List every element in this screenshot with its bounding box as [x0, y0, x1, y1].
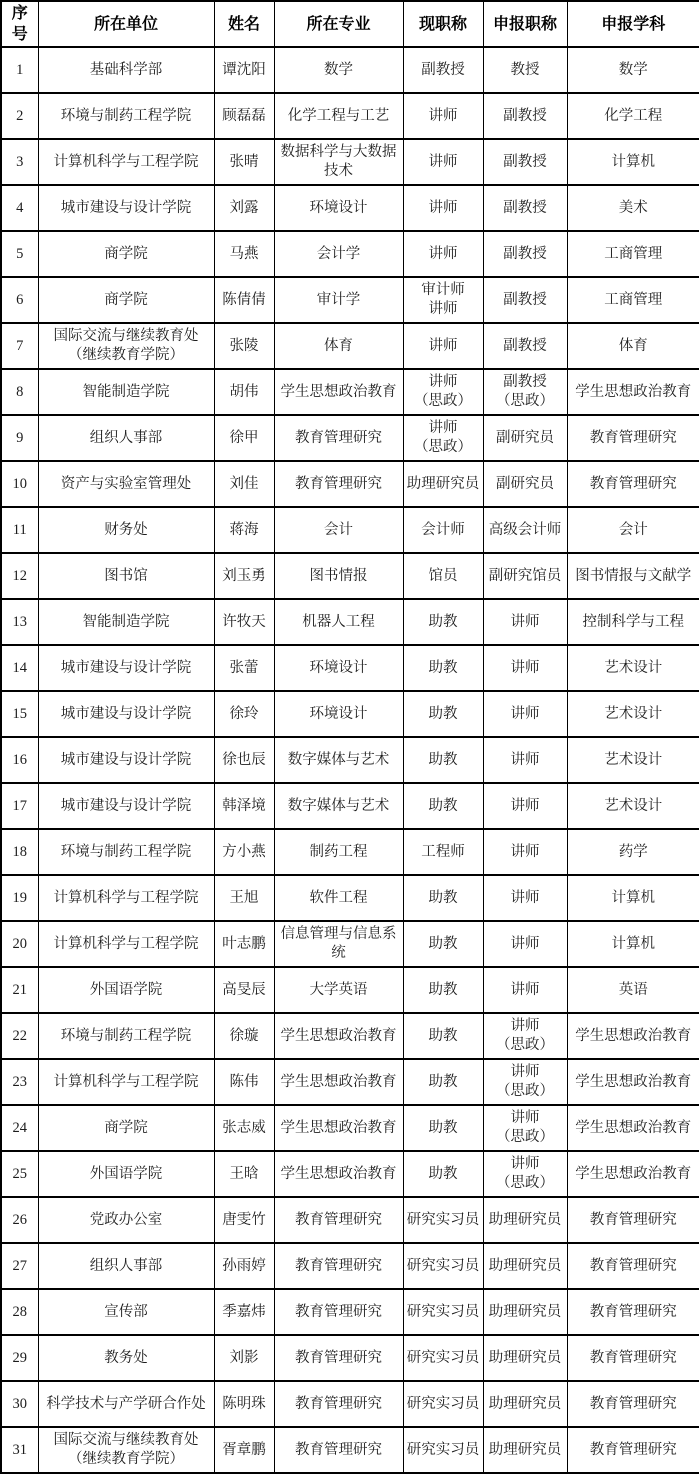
cell-unit: 商学院	[38, 1105, 214, 1151]
cell-applied_title: 讲师	[483, 783, 567, 829]
cell-unit: 科学技术与产学研合作处	[38, 1381, 214, 1427]
table-row: 13智能制造学院许牧天机器人工程助教讲师控制科学与工程	[1, 599, 699, 645]
cell-applied_title: 助理研究员	[483, 1427, 567, 1473]
cell-current_title: 讲师	[403, 323, 483, 369]
cell-applied_title: 副研究员	[483, 415, 567, 461]
cell-no: 26	[1, 1197, 38, 1243]
cell-discipline: 化学工程	[567, 93, 699, 139]
cell-discipline: 计算机	[567, 875, 699, 921]
table-body: 1基础科学部谭沈阳数学副教授教授数学2环境与制药工程学院顾磊磊化学工程与工艺讲师…	[1, 47, 699, 1473]
cell-unit: 城市建设与设计学院	[38, 783, 214, 829]
cell-current_title: 研究实习员	[403, 1381, 483, 1427]
cell-unit: 商学院	[38, 231, 214, 277]
title-application-table: 序号 所在单位 姓名 所在专业 现职称 申报职称 申报学科 1基础科学部谭沈阳数…	[0, 0, 699, 1474]
cell-major: 学生思想政治教育	[274, 1059, 403, 1105]
cell-applied_title: 讲师	[483, 829, 567, 875]
cell-current_title: 馆员	[403, 553, 483, 599]
cell-applied_title: 副研究员	[483, 461, 567, 507]
cell-discipline: 学生思想政治教育	[567, 1013, 699, 1059]
table-row: 4城市建设与设计学院刘露环境设计讲师副教授美术	[1, 185, 699, 231]
cell-unit: 国际交流与继续教育处 （继续教育学院）	[38, 323, 214, 369]
cell-applied_title: 助理研究员	[483, 1381, 567, 1427]
table-row: 9组织人事部徐甲教育管理研究讲师 （思政）副研究员教育管理研究	[1, 415, 699, 461]
cell-no: 31	[1, 1427, 38, 1473]
cell-applied_title: 副教授 （思政）	[483, 369, 567, 415]
cell-unit: 基础科学部	[38, 47, 214, 93]
cell-applied_title: 高级会计师	[483, 507, 567, 553]
cell-applied_title: 讲师	[483, 691, 567, 737]
cell-no: 18	[1, 829, 38, 875]
cell-unit: 计算机科学与工程学院	[38, 875, 214, 921]
cell-applied_title: 副教授	[483, 139, 567, 185]
cell-unit: 商学院	[38, 277, 214, 323]
cell-no: 24	[1, 1105, 38, 1151]
cell-discipline: 艺术设计	[567, 783, 699, 829]
cell-discipline: 美术	[567, 185, 699, 231]
header-no: 序号	[1, 1, 38, 47]
cell-no: 21	[1, 967, 38, 1013]
cell-name: 刘佳	[214, 461, 274, 507]
table-row: 6商学院陈倩倩审计学审计师 讲师副教授工商管理	[1, 277, 699, 323]
cell-name: 马燕	[214, 231, 274, 277]
cell-discipline: 数学	[567, 47, 699, 93]
cell-applied_title: 副教授	[483, 185, 567, 231]
cell-applied_title: 副教授	[483, 277, 567, 323]
table-row: 20计算机科学与工程学院叶志鹏信息管理与信息系统助教讲师计算机	[1, 921, 699, 967]
cell-name: 徐璇	[214, 1013, 274, 1059]
cell-major: 机器人工程	[274, 599, 403, 645]
table-row: 5商学院马燕会计学讲师副教授工商管理	[1, 231, 699, 277]
cell-current_title: 助教	[403, 1059, 483, 1105]
cell-applied_title: 讲师 （思政）	[483, 1013, 567, 1059]
cell-discipline: 艺术设计	[567, 691, 699, 737]
cell-current_title: 助教	[403, 1013, 483, 1059]
cell-discipline: 学生思想政治教育	[567, 1059, 699, 1105]
cell-no: 29	[1, 1335, 38, 1381]
table-row: 24商学院张志威学生思想政治教育助教讲师 （思政）学生思想政治教育	[1, 1105, 699, 1151]
cell-major: 会计	[274, 507, 403, 553]
cell-applied_title: 教授	[483, 47, 567, 93]
cell-major: 审计学	[274, 277, 403, 323]
cell-name: 谭沈阳	[214, 47, 274, 93]
cell-current_title: 助教	[403, 645, 483, 691]
table-row: 12图书馆刘玉勇图书情报馆员副研究馆员图书情报与文献学	[1, 553, 699, 599]
cell-current_title: 讲师	[403, 185, 483, 231]
cell-discipline: 控制科学与工程	[567, 599, 699, 645]
cell-no: 5	[1, 231, 38, 277]
cell-applied_title: 讲师	[483, 645, 567, 691]
cell-major: 教育管理研究	[274, 1381, 403, 1427]
cell-applied_title: 讲师 （思政）	[483, 1105, 567, 1151]
cell-current_title: 研究实习员	[403, 1289, 483, 1335]
table-row: 14城市建设与设计学院张蕾环境设计助教讲师艺术设计	[1, 645, 699, 691]
table-header-row: 序号 所在单位 姓名 所在专业 现职称 申报职称 申报学科	[1, 1, 699, 47]
cell-discipline: 教育管理研究	[567, 415, 699, 461]
cell-name: 徐甲	[214, 415, 274, 461]
cell-major: 学生思想政治教育	[274, 369, 403, 415]
table-row: 22环境与制药工程学院徐璇学生思想政治教育助教讲师 （思政）学生思想政治教育	[1, 1013, 699, 1059]
cell-current_title: 会计师	[403, 507, 483, 553]
cell-no: 25	[1, 1151, 38, 1197]
cell-no: 4	[1, 185, 38, 231]
cell-unit: 外国语学院	[38, 967, 214, 1013]
cell-current_title: 助教	[403, 691, 483, 737]
cell-current_title: 副教授	[403, 47, 483, 93]
table-row: 27组织人事部孙雨婷教育管理研究研究实习员助理研究员教育管理研究	[1, 1243, 699, 1289]
cell-current_title: 助教	[403, 875, 483, 921]
cell-discipline: 药学	[567, 829, 699, 875]
cell-current_title: 讲师 （思政）	[403, 369, 483, 415]
cell-no: 17	[1, 783, 38, 829]
cell-unit: 计算机科学与工程学院	[38, 921, 214, 967]
cell-major: 数字媒体与艺术	[274, 783, 403, 829]
cell-applied_title: 副教授	[483, 93, 567, 139]
cell-applied_title: 讲师	[483, 875, 567, 921]
table-row: 2环境与制药工程学院顾磊磊化学工程与工艺讲师副教授化学工程	[1, 93, 699, 139]
cell-unit: 智能制造学院	[38, 369, 214, 415]
table-row: 8智能制造学院胡伟学生思想政治教育讲师 （思政）副教授 （思政）学生思想政治教育	[1, 369, 699, 415]
cell-applied_title: 助理研究员	[483, 1335, 567, 1381]
cell-discipline: 会计	[567, 507, 699, 553]
cell-current_title: 工程师	[403, 829, 483, 875]
cell-no: 30	[1, 1381, 38, 1427]
cell-current_title: 研究实习员	[403, 1197, 483, 1243]
cell-major: 数据科学与大数据技术	[274, 139, 403, 185]
cell-no: 1	[1, 47, 38, 93]
header-discipline: 申报学科	[567, 1, 699, 47]
cell-no: 10	[1, 461, 38, 507]
cell-major: 学生思想政治教育	[274, 1151, 403, 1197]
cell-major: 体育	[274, 323, 403, 369]
cell-current_title: 审计师 讲师	[403, 277, 483, 323]
cell-name: 叶志鹏	[214, 921, 274, 967]
cell-no: 8	[1, 369, 38, 415]
cell-no: 9	[1, 415, 38, 461]
cell-discipline: 教育管理研究	[567, 1381, 699, 1427]
cell-unit: 城市建设与设计学院	[38, 645, 214, 691]
cell-applied_title: 副教授	[483, 323, 567, 369]
header-unit: 所在单位	[38, 1, 214, 47]
table-row: 16城市建设与设计学院徐也辰数字媒体与艺术助教讲师艺术设计	[1, 737, 699, 783]
cell-no: 22	[1, 1013, 38, 1059]
cell-discipline: 工商管理	[567, 231, 699, 277]
cell-name: 张志威	[214, 1105, 274, 1151]
cell-major: 教育管理研究	[274, 461, 403, 507]
cell-major: 学生思想政治教育	[274, 1013, 403, 1059]
cell-current_title: 研究实习员	[403, 1427, 483, 1473]
cell-current_title: 助教	[403, 783, 483, 829]
cell-no: 28	[1, 1289, 38, 1335]
header-current-title: 现职称	[403, 1, 483, 47]
cell-name: 许牧天	[214, 599, 274, 645]
cell-no: 13	[1, 599, 38, 645]
table-row: 17城市建设与设计学院韩泽境数字媒体与艺术助教讲师艺术设计	[1, 783, 699, 829]
cell-applied_title: 讲师	[483, 737, 567, 783]
cell-major: 环境设计	[274, 645, 403, 691]
header-applied-title: 申报职称	[483, 1, 567, 47]
cell-applied_title: 助理研究员	[483, 1197, 567, 1243]
cell-name: 王旭	[214, 875, 274, 921]
cell-no: 15	[1, 691, 38, 737]
cell-unit: 外国语学院	[38, 1151, 214, 1197]
cell-name: 张陵	[214, 323, 274, 369]
cell-no: 7	[1, 323, 38, 369]
header-major: 所在专业	[274, 1, 403, 47]
cell-current_title: 助理研究员	[403, 461, 483, 507]
cell-name: 胡伟	[214, 369, 274, 415]
cell-discipline: 教育管理研究	[567, 1427, 699, 1473]
cell-name: 刘影	[214, 1335, 274, 1381]
cell-discipline: 教育管理研究	[567, 1289, 699, 1335]
cell-discipline: 艺术设计	[567, 737, 699, 783]
cell-current_title: 研究实习员	[403, 1243, 483, 1289]
cell-current_title: 助教	[403, 1105, 483, 1151]
cell-discipline: 教育管理研究	[567, 1335, 699, 1381]
table-row: 31国际交流与继续教育处 （继续教育学院）胥章鹏教育管理研究研究实习员助理研究员…	[1, 1427, 699, 1473]
cell-name: 张蕾	[214, 645, 274, 691]
table-row: 23计算机科学与工程学院陈伟学生思想政治教育助教讲师 （思政）学生思想政治教育	[1, 1059, 699, 1105]
cell-applied_title: 讲师	[483, 599, 567, 645]
cell-discipline: 工商管理	[567, 277, 699, 323]
cell-current_title: 助教	[403, 1151, 483, 1197]
cell-major: 数学	[274, 47, 403, 93]
table-row: 25外国语学院王晗学生思想政治教育助教讲师 （思政）学生思想政治教育	[1, 1151, 699, 1197]
cell-unit: 国际交流与继续教育处 （继续教育学院）	[38, 1427, 214, 1473]
cell-unit: 城市建设与设计学院	[38, 185, 214, 231]
cell-major: 会计学	[274, 231, 403, 277]
cell-name: 季嘉炜	[214, 1289, 274, 1335]
cell-name: 刘露	[214, 185, 274, 231]
cell-discipline: 教育管理研究	[567, 1197, 699, 1243]
cell-major: 图书情报	[274, 553, 403, 599]
cell-discipline: 计算机	[567, 139, 699, 185]
table-row: 18环境与制药工程学院方小燕制药工程工程师讲师药学	[1, 829, 699, 875]
cell-current_title: 助教	[403, 921, 483, 967]
cell-unit: 党政办公室	[38, 1197, 214, 1243]
cell-major: 大学英语	[274, 967, 403, 1013]
cell-no: 11	[1, 507, 38, 553]
cell-unit: 组织人事部	[38, 415, 214, 461]
cell-applied_title: 讲师	[483, 921, 567, 967]
cell-current_title: 讲师	[403, 93, 483, 139]
table-row: 15城市建设与设计学院徐玲环境设计助教讲师艺术设计	[1, 691, 699, 737]
cell-name: 徐也辰	[214, 737, 274, 783]
cell-major: 学生思想政治教育	[274, 1105, 403, 1151]
cell-discipline: 学生思想政治教育	[567, 369, 699, 415]
cell-discipline: 教育管理研究	[567, 461, 699, 507]
cell-no: 12	[1, 553, 38, 599]
cell-no: 16	[1, 737, 38, 783]
cell-name: 陈倩倩	[214, 277, 274, 323]
cell-major: 环境设计	[274, 691, 403, 737]
table-row: 21外国语学院高旻辰大学英语助教讲师英语	[1, 967, 699, 1013]
cell-unit: 计算机科学与工程学院	[38, 1059, 214, 1105]
cell-name: 陈伟	[214, 1059, 274, 1105]
cell-unit: 环境与制药工程学院	[38, 1013, 214, 1059]
cell-major: 教育管理研究	[274, 1289, 403, 1335]
cell-no: 3	[1, 139, 38, 185]
cell-current_title: 讲师	[403, 231, 483, 277]
cell-applied_title: 助理研究员	[483, 1289, 567, 1335]
cell-unit: 智能制造学院	[38, 599, 214, 645]
cell-name: 陈明珠	[214, 1381, 274, 1427]
cell-major: 教育管理研究	[274, 1197, 403, 1243]
cell-no: 19	[1, 875, 38, 921]
cell-name: 韩泽境	[214, 783, 274, 829]
cell-no: 23	[1, 1059, 38, 1105]
cell-unit: 图书馆	[38, 553, 214, 599]
table-row: 26党政办公室唐雯竹教育管理研究研究实习员助理研究员教育管理研究	[1, 1197, 699, 1243]
cell-applied_title: 副研究馆员	[483, 553, 567, 599]
cell-applied_title: 讲师 （思政）	[483, 1151, 567, 1197]
cell-major: 制药工程	[274, 829, 403, 875]
table-row: 7国际交流与继续教育处 （继续教育学院）张陵体育讲师副教授体育	[1, 323, 699, 369]
cell-major: 化学工程与工艺	[274, 93, 403, 139]
table-row: 30科学技术与产学研合作处陈明珠教育管理研究研究实习员助理研究员教育管理研究	[1, 1381, 699, 1427]
cell-no: 27	[1, 1243, 38, 1289]
table-row: 3计算机科学与工程学院张晴数据科学与大数据技术讲师副教授计算机	[1, 139, 699, 185]
cell-discipline: 教育管理研究	[567, 1243, 699, 1289]
table-row: 19计算机科学与工程学院王旭软件工程助教讲师计算机	[1, 875, 699, 921]
cell-no: 14	[1, 645, 38, 691]
cell-major: 信息管理与信息系统	[274, 921, 403, 967]
cell-name: 孙雨婷	[214, 1243, 274, 1289]
cell-name: 胥章鹏	[214, 1427, 274, 1473]
cell-major: 教育管理研究	[274, 1335, 403, 1381]
cell-discipline: 体育	[567, 323, 699, 369]
cell-unit: 计算机科学与工程学院	[38, 139, 214, 185]
cell-current_title: 助教	[403, 737, 483, 783]
cell-unit: 城市建设与设计学院	[38, 691, 214, 737]
cell-name: 王晗	[214, 1151, 274, 1197]
cell-major: 教育管理研究	[274, 1243, 403, 1289]
cell-major: 环境设计	[274, 185, 403, 231]
cell-no: 2	[1, 93, 38, 139]
cell-current_title: 研究实习员	[403, 1335, 483, 1381]
cell-discipline: 计算机	[567, 921, 699, 967]
cell-major: 软件工程	[274, 875, 403, 921]
cell-name: 唐雯竹	[214, 1197, 274, 1243]
cell-name: 刘玉勇	[214, 553, 274, 599]
cell-discipline: 图书情报与文献学	[567, 553, 699, 599]
cell-name: 张晴	[214, 139, 274, 185]
cell-applied_title: 副教授	[483, 231, 567, 277]
cell-name: 方小燕	[214, 829, 274, 875]
table-row: 10资产与实验室管理处刘佳教育管理研究助理研究员副研究员教育管理研究	[1, 461, 699, 507]
cell-unit: 城市建设与设计学院	[38, 737, 214, 783]
cell-unit: 环境与制药工程学院	[38, 829, 214, 875]
cell-unit: 环境与制药工程学院	[38, 93, 214, 139]
cell-current_title: 讲师 （思政）	[403, 415, 483, 461]
cell-current_title: 助教	[403, 967, 483, 1013]
cell-no: 6	[1, 277, 38, 323]
cell-unit: 宣传部	[38, 1289, 214, 1335]
cell-discipline: 学生思想政治教育	[567, 1105, 699, 1151]
cell-unit: 组织人事部	[38, 1243, 214, 1289]
table-row: 11财务处蒋海会计会计师高级会计师会计	[1, 507, 699, 553]
cell-discipline: 英语	[567, 967, 699, 1013]
cell-name: 徐玲	[214, 691, 274, 737]
cell-name: 顾磊磊	[214, 93, 274, 139]
cell-discipline: 学生思想政治教育	[567, 1151, 699, 1197]
cell-applied_title: 助理研究员	[483, 1243, 567, 1289]
cell-major: 教育管理研究	[274, 415, 403, 461]
table-row: 29教务处刘影教育管理研究研究实习员助理研究员教育管理研究	[1, 1335, 699, 1381]
cell-name: 蒋海	[214, 507, 274, 553]
cell-unit: 资产与实验室管理处	[38, 461, 214, 507]
cell-applied_title: 讲师 （思政）	[483, 1059, 567, 1105]
cell-name: 高旻辰	[214, 967, 274, 1013]
cell-no: 20	[1, 921, 38, 967]
cell-current_title: 助教	[403, 599, 483, 645]
header-name: 姓名	[214, 1, 274, 47]
cell-major: 数字媒体与艺术	[274, 737, 403, 783]
cell-major: 教育管理研究	[274, 1427, 403, 1473]
table-row: 28宣传部季嘉炜教育管理研究研究实习员助理研究员教育管理研究	[1, 1289, 699, 1335]
cell-discipline: 艺术设计	[567, 645, 699, 691]
table-row: 1基础科学部谭沈阳数学副教授教授数学	[1, 47, 699, 93]
cell-current_title: 讲师	[403, 139, 483, 185]
cell-unit: 教务处	[38, 1335, 214, 1381]
cell-unit: 财务处	[38, 507, 214, 553]
cell-applied_title: 讲师	[483, 967, 567, 1013]
